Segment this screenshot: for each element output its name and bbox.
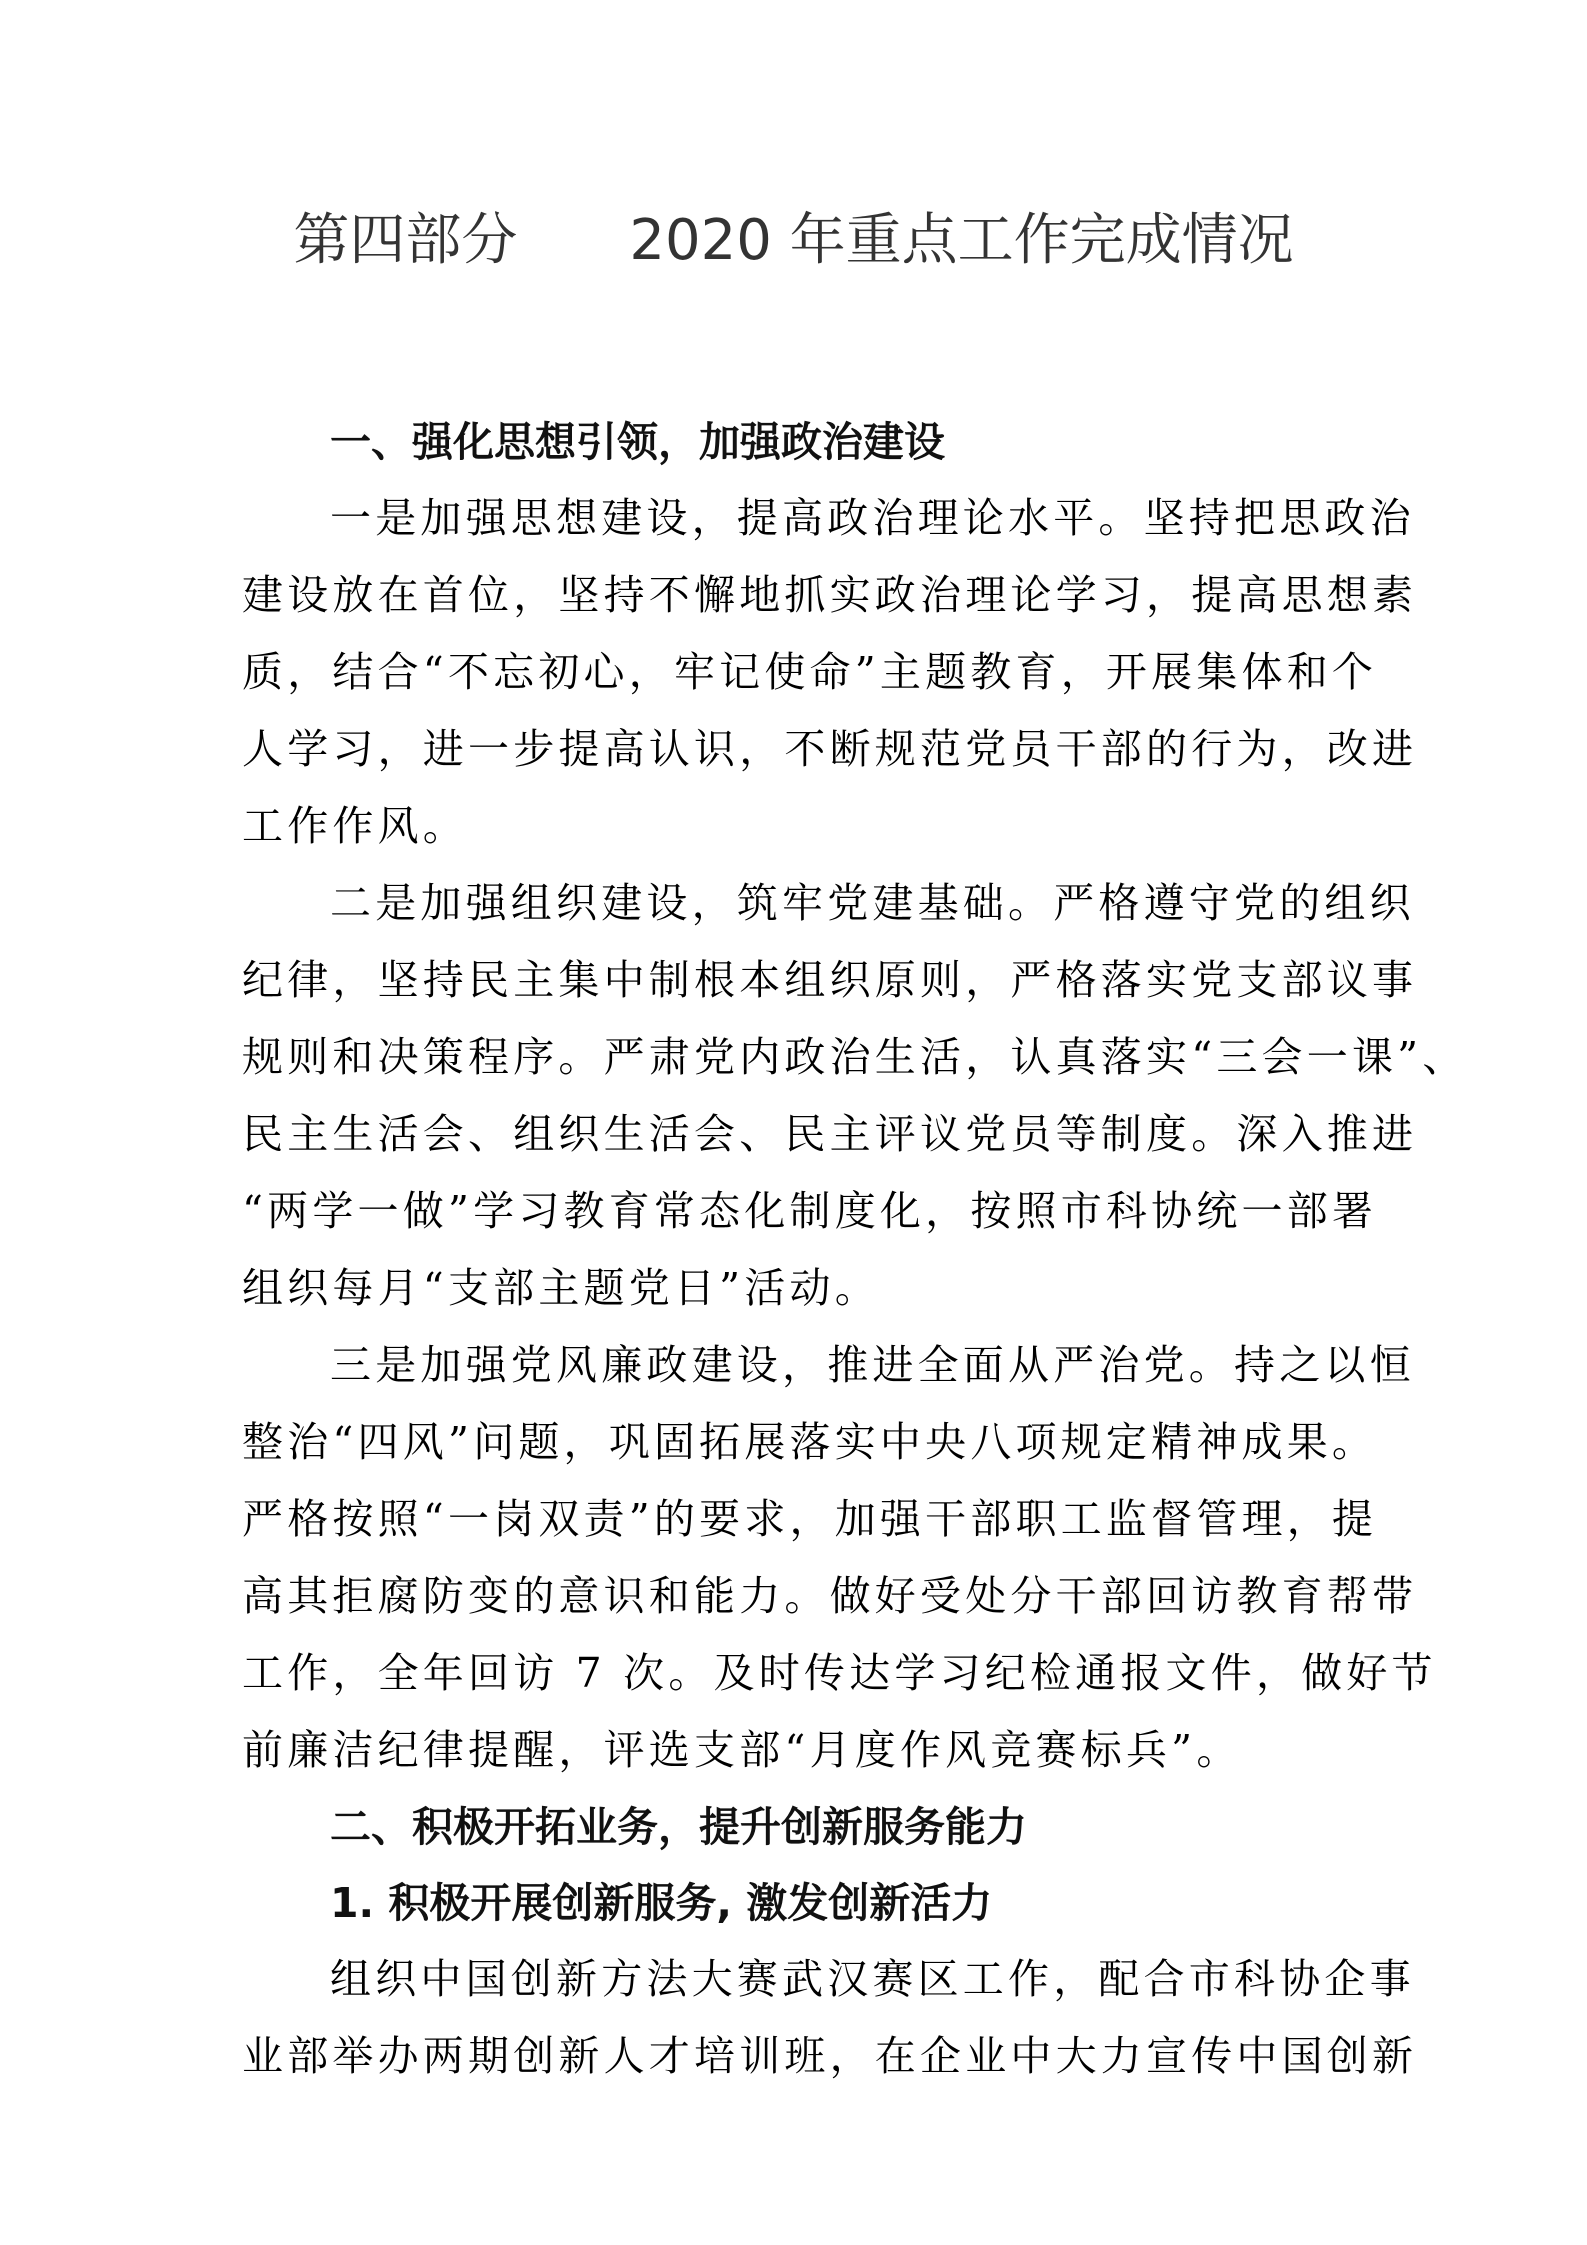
document-body: 一、强化思想引领，加强政治建设 一是加强思想建设，提高政治理论水平。坚持把思政治… <box>242 404 1352 2095</box>
paragraph-ideology: 一是加强思想建设，提高政治理论水平。坚持把思政治 建设放在首位，坚持不懈地抓实政… <box>242 480 1352 865</box>
text-line: 民主生活会、组织生活会、民主评议党员等制度。深入推进 <box>242 1096 1352 1173</box>
text-line: 组织中国创新方法大赛武汉赛区工作，配合市科协企事 <box>242 1941 1352 2018</box>
page-title: 第四部分 2020 年重点工作完成情况 <box>0 196 1587 276</box>
subsection-heading: 1. 积极开展创新服务, 激发创新活力 <box>242 1865 1352 1941</box>
text-line: 规则和决策程序。严肃党内政治生活，认真落实“三会一课”、 <box>242 1019 1352 1096</box>
text-line: 高其拒腐防变的意识和能力。做好受处分干部回访教育帮带 <box>242 1558 1352 1635</box>
paragraph-integrity: 三是加强党风廉政建设，推进全面从严治党。持之以恒 整治“四风”问题，巩固拓展落实… <box>242 1327 1352 1789</box>
text-line: 三是加强党风廉政建设，推进全面从严治党。持之以恒 <box>242 1327 1352 1404</box>
text-line: 二是加强组织建设，筑牢党建基础。严格遵守党的组织 <box>242 865 1352 942</box>
document-page: 第四部分 2020 年重点工作完成情况 一、强化思想引领，加强政治建设 一是加强… <box>0 0 1587 2245</box>
text-line: 工作，全年回访 7 次。及时传达学习纪检通报文件，做好节 <box>242 1635 1352 1712</box>
text-line: 严格按照“一岗双责”的要求，加强干部职工监督管理，提 <box>242 1481 1352 1558</box>
text-line: 纪律，坚持民主集中制根本组织原则，严格落实党支部议事 <box>242 942 1352 1019</box>
text-line: 前廉洁纪律提醒，评选支部“月度作风竞赛标兵”。 <box>242 1712 1352 1789</box>
text-line: 质，结合“不忘初心，牢记使命”主题教育，开展集体和个 <box>242 634 1352 711</box>
text-line: 一是加强思想建设，提高政治理论水平。坚持把思政治 <box>242 480 1352 557</box>
text-line: “两学一做”学习教育常态化制度化，按照市科协统一部署 <box>242 1173 1352 1250</box>
text-line: 组织每月“支部主题党日”活动。 <box>242 1250 1352 1327</box>
text-line: 工作作风。 <box>242 788 1352 865</box>
paragraph-innovation: 组织中国创新方法大赛武汉赛区工作，配合市科协企事 业部举办两期创新人才培训班，在… <box>242 1941 1352 2095</box>
section-heading-2: 二、积极开拓业务，提升创新服务能力 <box>242 1789 1352 1865</box>
text-line: 人学习，进一步提高认识，不断规范党员干部的行为，改进 <box>242 711 1352 788</box>
text-line: 业部举办两期创新人才培训班，在企业中大力宣传中国创新 <box>242 2018 1352 2095</box>
text-line: 整治“四风”问题，巩固拓展落实中央八项规定精神成果。 <box>242 1404 1352 1481</box>
text-line: 建设放在首位，坚持不懈地抓实政治理论学习，提高思想素 <box>242 557 1352 634</box>
paragraph-organization: 二是加强组织建设，筑牢党建基础。严格遵守党的组织 纪律，坚持民主集中制根本组织原… <box>242 865 1352 1327</box>
section-heading-1: 一、强化思想引领，加强政治建设 <box>242 404 1352 480</box>
